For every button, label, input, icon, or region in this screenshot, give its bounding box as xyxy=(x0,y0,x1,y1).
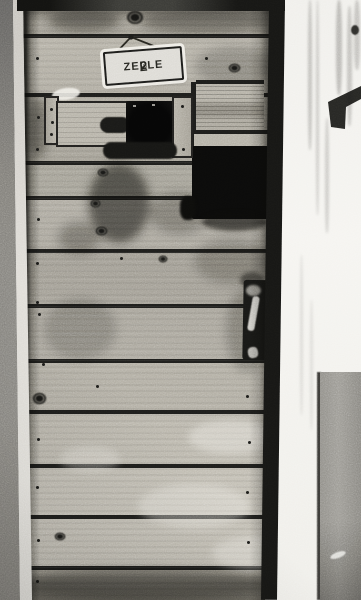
photograph-cell-door: ZELLE № 2 xyxy=(0,0,361,600)
frame-dark-spot xyxy=(351,25,359,35)
frame-streak xyxy=(354,0,360,70)
frame-streak xyxy=(316,0,319,215)
frame-streak xyxy=(310,300,313,430)
frame-streak xyxy=(347,6,352,126)
frame-streak xyxy=(308,0,312,150)
door-top-gap xyxy=(17,0,285,11)
frame-streak xyxy=(325,118,329,233)
wall-strip-shading xyxy=(320,520,361,600)
frame-streak xyxy=(336,0,342,95)
frame-streak xyxy=(300,255,303,415)
